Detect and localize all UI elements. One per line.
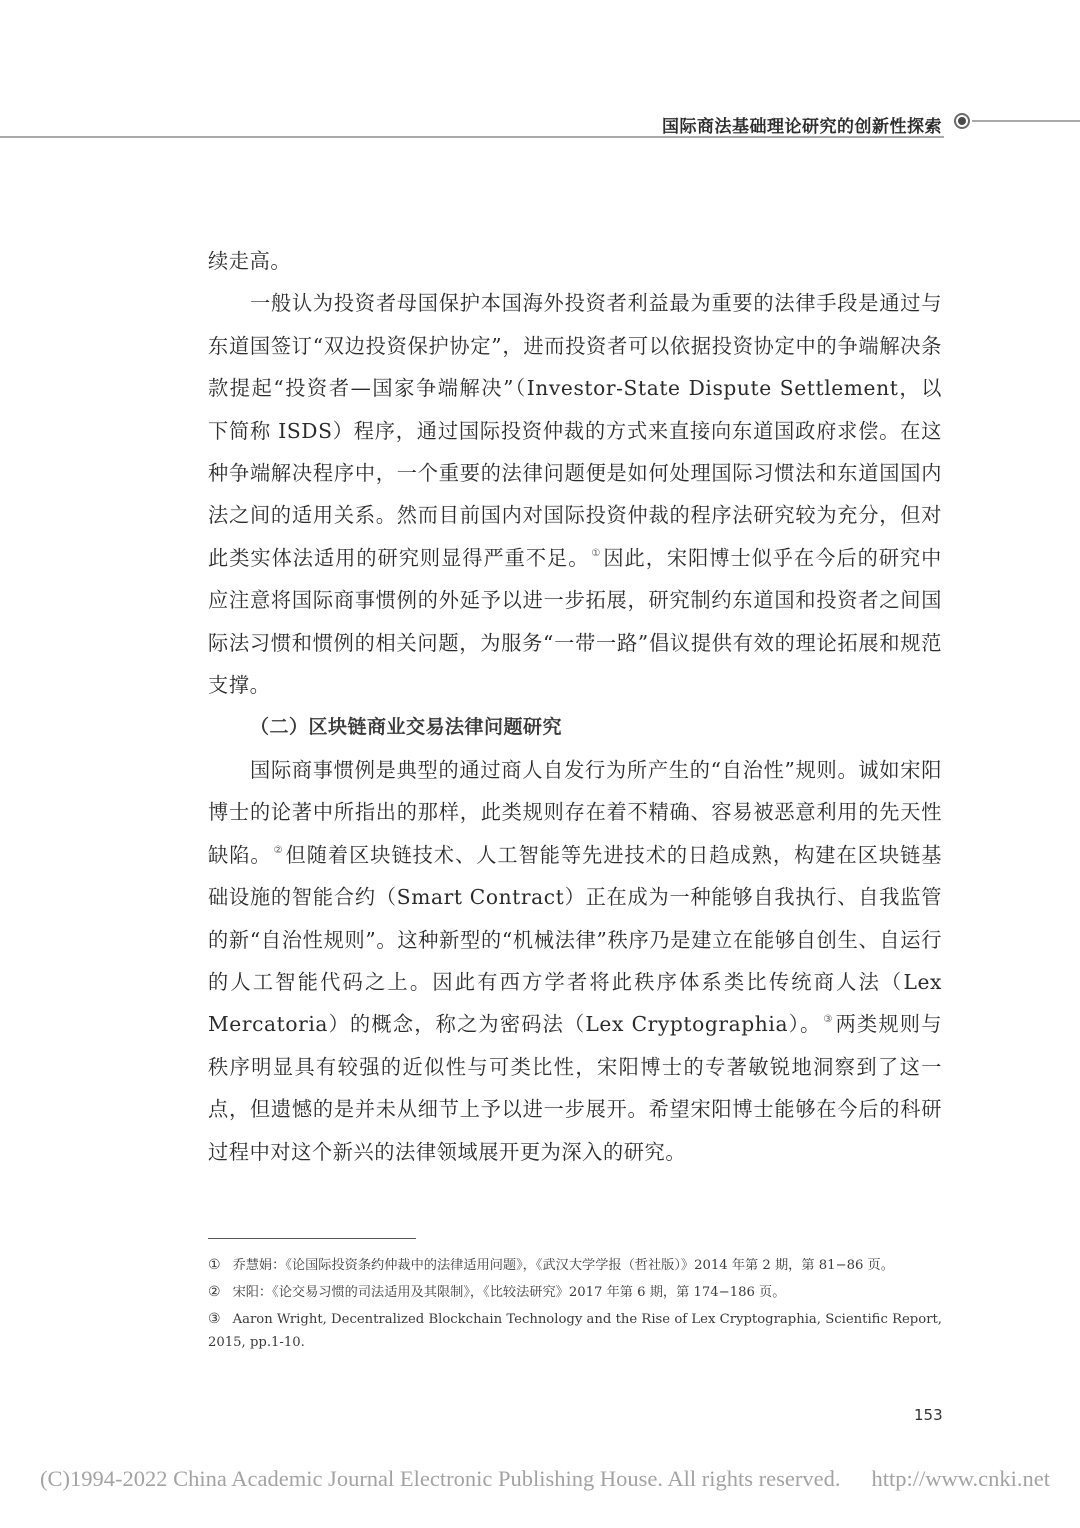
footnote-mark: ② — [208, 1281, 221, 1304]
footnote-text: 乔慧娟：《论国际投资条约仲裁中的法律适用问题》，《武汉大学学报（哲社版）》201… — [233, 1258, 894, 1273]
header-rule-right — [972, 120, 1080, 122]
footnote-ref-3[interactable]: ③ — [823, 1014, 833, 1025]
footnote-text: Aaron Wright, Decentralized Blockchain T… — [208, 1312, 942, 1350]
paragraph-continuation: 续走高。 — [208, 240, 942, 282]
paragraph-text: 但随着区块链技术、人工智能等先进技术的日趋成熟，构建在区块链基础设施的智能合约（… — [208, 843, 942, 1037]
footnote-text: 宋阳：《论交易习惯的司法适用及其限制》，《比较法研究》2017 年第 6 期，第… — [233, 1285, 786, 1300]
page-number: 153 — [914, 1406, 943, 1424]
footnote-separator — [208, 1238, 416, 1239]
footnote-2: ②宋阳：《论交易习惯的司法适用及其限制》，《比较法研究》2017 年第 6 期，… — [208, 1281, 942, 1304]
copyright-notice: (C)1994-2022 China Academic Journal Elec… — [40, 1466, 840, 1492]
body-text: 续走高。 一般认为投资者母国保护本国海外投资者利益最为重要的法律手段是通过与东道… — [208, 240, 942, 1173]
footnote-3: ③Aaron Wright, Decentralized Blockchain … — [208, 1308, 942, 1354]
header-bullet-icon — [954, 113, 970, 129]
running-header-title: 国际商法基础理论研究的创新性探索 — [662, 112, 942, 137]
footnote-ref-2[interactable]: ② — [274, 845, 284, 856]
running-header: 国际商法基础理论研究的创新性探索 — [0, 108, 1080, 140]
section-heading: （二）区块链商业交易法律问题研究 — [208, 706, 942, 748]
footnote-mark: ① — [208, 1254, 221, 1277]
footnote-ref-1[interactable]: ① — [591, 548, 601, 559]
footnote-1: ①乔慧娟：《论国际投资条约仲裁中的法律适用问题》，《武汉大学学报（哲社版）》20… — [208, 1254, 942, 1277]
footnote-mark: ③ — [208, 1308, 221, 1331]
paragraph-isds: 一般认为投资者母国保护本国海外投资者利益最为重要的法律手段是通过与东道国签订“双… — [208, 282, 942, 706]
paragraph-text: 一般认为投资者母国保护本国海外投资者利益最为重要的法律手段是通过与东道国签订“双… — [208, 291, 942, 569]
copyright-footer: (C)1994-2022 China Academic Journal Elec… — [40, 1466, 1050, 1492]
paragraph-text: 续走高。 — [208, 249, 291, 273]
footnotes: ①乔慧娟：《论国际投资条约仲裁中的法律适用问题》，《武汉大学学报（哲社版）》20… — [208, 1254, 942, 1358]
copyright-url[interactable]: http://www.cnki.net — [871, 1466, 1050, 1492]
paragraph-blockchain: 国际商事惯例是典型的通过商人自发行为所产生的“自治性”规则。诚如宋阳博士的论著中… — [208, 749, 942, 1173]
